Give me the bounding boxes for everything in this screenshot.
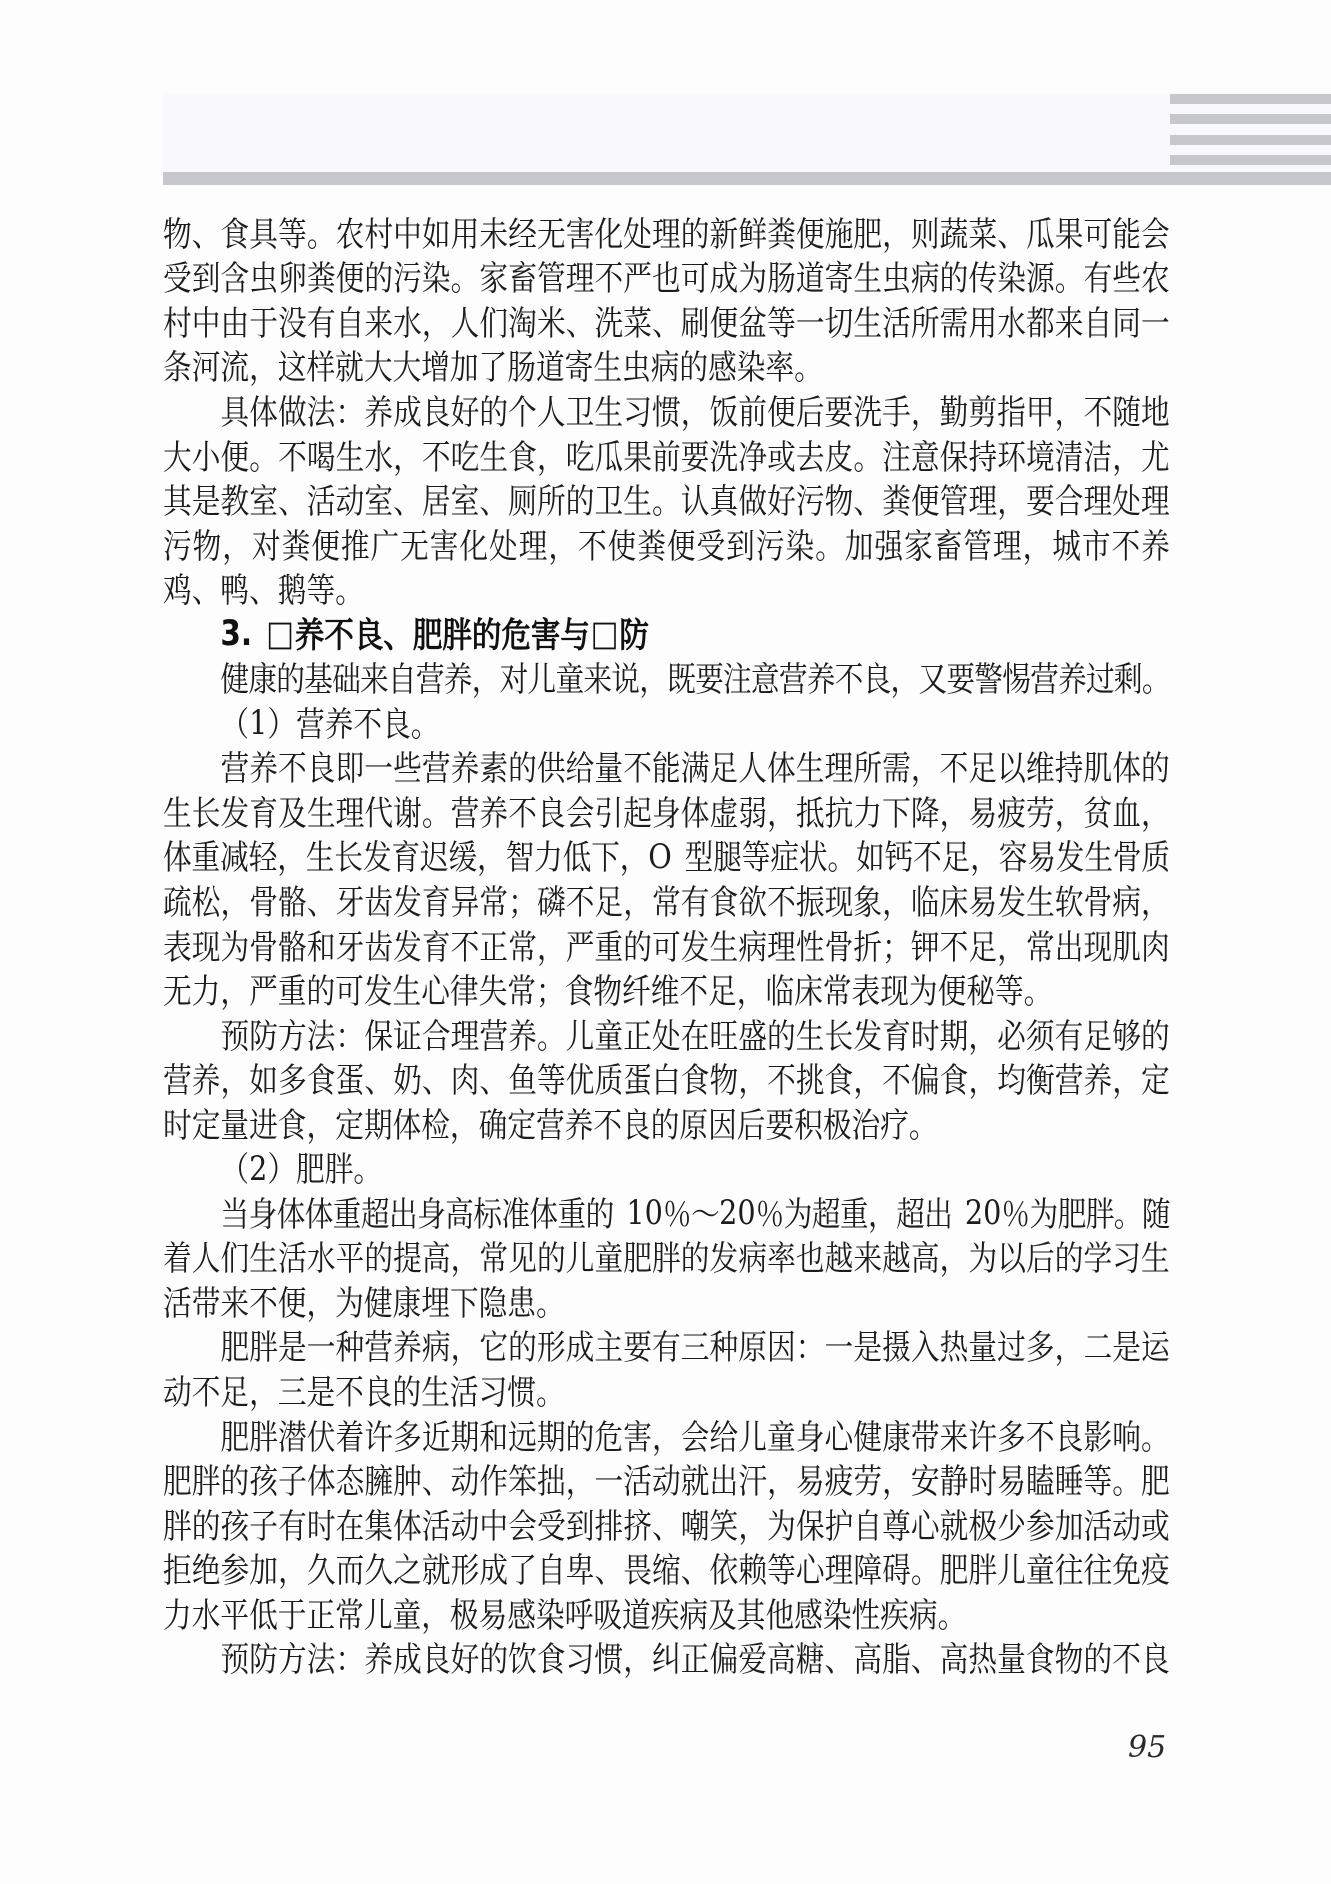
glyph: 良 (307, 743, 336, 791)
glyph: ， (221, 876, 250, 924)
glyph: 要 (695, 654, 723, 702)
glyph: 可 (681, 253, 710, 301)
glyph: ， (882, 876, 911, 924)
glyph: 水 (393, 297, 422, 345)
glyph: 危 (594, 1411, 623, 1459)
glyph: 理 (1084, 475, 1113, 523)
glyph: 物 (710, 1054, 739, 1102)
glyph: 广 (370, 520, 399, 568)
text-line: 具体做法：养成良好的个人卫生习惯，饭前便后要洗手，勤剪指甲，不随地 (163, 388, 1170, 433)
glyph: ， (450, 1099, 479, 1147)
glyph: 良 (1141, 1634, 1170, 1682)
glyph: 注 (882, 431, 911, 479)
glyph: 参 (1026, 1500, 1055, 1548)
glyph: 勤 (940, 386, 969, 434)
glyph: 身 (652, 787, 681, 835)
glyph: 不 (623, 743, 652, 791)
glyph: 为 (968, 1233, 997, 1281)
glyph: 来 (1055, 297, 1084, 345)
glyph: 。 (536, 1277, 565, 1325)
glyph: 的 (566, 475, 595, 523)
glyph: 习 (479, 1366, 508, 1414)
glyph: 。 (307, 208, 336, 256)
header-band (163, 93, 1331, 172)
glyph: 伏 (307, 1411, 336, 1459)
glyph: 嘲 (681, 1500, 710, 1548)
glyph: 病 (909, 1589, 938, 1637)
glyph: 食 (221, 208, 250, 256)
glyph: 前 (738, 386, 767, 434)
glyph: 发 (364, 965, 393, 1013)
glyph: 等 (995, 965, 1024, 1013)
glyph: 积 (794, 1099, 823, 1147)
glyph: 些 (393, 743, 422, 791)
glyph: 理 (825, 743, 854, 791)
glyph: 异 (451, 876, 480, 924)
glyph: 二 (1083, 1322, 1112, 1370)
glyph: 营 (163, 1054, 192, 1102)
glyph: 方 (278, 1634, 307, 1682)
glyph: 心 (796, 1544, 825, 1592)
glyph: ， (1055, 386, 1084, 434)
glyph: ， (1141, 876, 1170, 924)
glyph: 防 (249, 1634, 278, 1682)
glyph: 则 (911, 208, 940, 256)
glyph: 不 (422, 431, 451, 479)
glyph: 童 (555, 654, 583, 702)
glyph: 染 (785, 520, 814, 568)
text-line: 预防方法：保证合理营养。儿童正处在旺盛的生长发育时期，必须有足够的 (163, 1012, 1170, 1057)
glyph: 赖 (738, 1544, 767, 1592)
glyph: 尊 (882, 1500, 911, 1548)
glyph: 儿 (566, 1010, 595, 1058)
glyph: 生 (853, 297, 882, 345)
glyph: 量 (220, 1099, 249, 1147)
glyph: ） (267, 1144, 296, 1192)
glyph: 、 (479, 1054, 508, 1102)
glyph: 骼 (278, 921, 307, 969)
glyph: 真 (710, 475, 739, 523)
glyph: 绝 (192, 1544, 221, 1592)
glyph: 的 (472, 608, 502, 658)
glyph: 不 (679, 965, 708, 1013)
glyph: 、 (479, 475, 508, 523)
text-line: 拒绝参加，久而久之就形成了自卑、畏缩、依赖等心理障碍。肥胖儿童往往免疫 (163, 1546, 1170, 1591)
glyph: 养 (325, 698, 354, 746)
glyph: 活 (163, 1277, 192, 1325)
glyph: ， (222, 520, 251, 568)
glyph: 习 (566, 1634, 595, 1682)
glyph: 骨 (825, 921, 854, 969)
glyph: 发 (363, 832, 392, 880)
glyph: 水 (307, 1233, 336, 1281)
glyph: 一 (796, 297, 825, 345)
glyph: 具 (249, 208, 278, 256)
glyph: 小 (192, 431, 221, 479)
glyph: 的 (508, 1322, 537, 1370)
glyph: 表 (852, 965, 881, 1013)
glyph: 引 (594, 787, 623, 835)
glyph: 良 (354, 608, 384, 658)
glyph: 力 (534, 832, 563, 880)
glyph: 菜 (623, 297, 652, 345)
glyph: 。 (451, 253, 480, 301)
glyph: 发 (393, 921, 422, 969)
glyph: 、 (997, 208, 1026, 256)
glyph: 、 (853, 475, 882, 523)
glyph: 室 (249, 475, 278, 523)
glyph: 指 (997, 386, 1026, 434)
glyph: 性 (852, 1589, 881, 1637)
glyph: 型 (685, 832, 714, 880)
glyph: 染 (997, 253, 1026, 301)
glyph: 食 (508, 431, 537, 479)
glyph: 长 (334, 832, 363, 880)
glyph: 。 (536, 1366, 565, 1414)
glyph: 养 (192, 1054, 221, 1102)
glyph: 定 (192, 1099, 221, 1147)
glyph: 。 (537, 1010, 566, 1058)
glyph: 村 (163, 297, 192, 345)
glyph: 新 (710, 208, 739, 256)
glyph: 受 (697, 520, 726, 568)
glyph: 便 (667, 520, 696, 568)
glyph: 食 (537, 1634, 566, 1682)
glyph: 往 (1084, 1544, 1113, 1592)
glyph: 以 (997, 1233, 1026, 1281)
glyph: 清 (1055, 431, 1084, 479)
text-line: 疏松，骨骼、牙齿发育异常；磷不足，常有食欲不振现象，临床易发生软骨病， (163, 878, 1170, 923)
glyph: 食 (940, 1054, 969, 1102)
glyph: 管 (537, 253, 566, 301)
glyph: 施 (825, 208, 854, 256)
glyph: 的 (221, 1455, 250, 1503)
glyph: ， (1055, 1322, 1084, 1370)
glyph: ， (737, 965, 766, 1013)
glyph: 钙 (885, 832, 914, 880)
glyph: 骨 (249, 921, 278, 969)
text-line: 着人们生活水平的提高，常见的儿童肥胖的发病率也越来越高，为以后的学习生 (163, 1235, 1170, 1280)
glyph: 河 (192, 342, 221, 390)
glyph: 生 (594, 386, 623, 434)
glyph: 些 (1112, 253, 1141, 301)
glyph: 是 (278, 1322, 307, 1370)
glyph: 卑 (566, 1544, 595, 1592)
text-line: 体重减轻，生长发育迟缓，智力低下，O 型腿等症状。如钙不足，容易发生骨质 (163, 834, 1170, 879)
glyph: 率 (767, 1233, 796, 1281)
glyph: 化 (594, 208, 623, 256)
glyph: 平 (220, 1589, 249, 1637)
glyph: 、 (422, 1455, 451, 1503)
glyph: 营 (479, 1010, 508, 1058)
glyph: 条 (163, 342, 192, 390)
glyph: 不 (566, 876, 595, 924)
glyph: 发 (393, 876, 422, 924)
glyph: 喝 (307, 431, 336, 479)
glyph: 发 (1056, 832, 1085, 880)
glyph (952, 1192, 965, 1232)
glyph: 原 (679, 1099, 708, 1147)
glyph: 养 (364, 386, 393, 434)
glyph: 自 (853, 1500, 882, 1548)
glyph: 三 (681, 1322, 710, 1370)
glyph: ， (278, 1544, 307, 1592)
glyph: 抗 (825, 787, 854, 835)
glyph: 的 (1141, 1010, 1170, 1058)
glyph: 污 (796, 475, 825, 523)
header-stripe (1170, 155, 1331, 165)
glyph: 的 (767, 1010, 796, 1058)
glyph: 良 (382, 698, 411, 746)
glyph: 睡 (1055, 1455, 1084, 1503)
glyph: 降 (911, 787, 940, 835)
glyph: 活 (1084, 1500, 1113, 1548)
glyph: 常 (479, 1233, 508, 1281)
section-heading: 3. □养不良、肥胖的危害与□防 (163, 611, 1170, 656)
glyph: 。 (1055, 253, 1084, 301)
glyph: 心 (825, 1411, 854, 1459)
glyph: 病 (679, 1589, 708, 1637)
glyph: 满 (681, 743, 710, 791)
glyph: 意 (751, 654, 779, 702)
glyph: 肉 (1141, 921, 1170, 969)
glyph: 粪 (307, 253, 336, 301)
glyph: 如 (856, 832, 885, 880)
glyph: ， (277, 832, 306, 880)
glyph: 物 (825, 475, 854, 523)
glyph: 力 (163, 1589, 192, 1637)
glyph: 农 (336, 208, 365, 256)
glyph: 虚 (710, 787, 739, 835)
glyph: 常 (335, 1589, 364, 1637)
text-line: 受到含虫卵粪便的污染。家畜管理不严也可成为肠道寄生虫病的传染源。有些农 (163, 255, 1170, 300)
glyph: 惯 (594, 1634, 623, 1682)
glyph: 量 (968, 1322, 997, 1370)
glyph: 常 (507, 965, 536, 1013)
glyph: 护 (825, 1500, 854, 1548)
glyph: 下 (450, 1277, 479, 1325)
glyph: 胖 (192, 1455, 221, 1503)
glyph: 食 (710, 876, 739, 924)
glyph: 无 (400, 520, 429, 568)
glyph: 三 (278, 1366, 307, 1414)
glyph: 供 (537, 743, 566, 791)
glyph: 形 (537, 1322, 566, 1370)
glyph: 会 (508, 1500, 537, 1548)
glyph: 污 (163, 520, 192, 568)
glyph: 重 (840, 1188, 868, 1236)
glyph: 后 (796, 386, 825, 434)
glyph: 的 (192, 1500, 221, 1548)
glyph: 染 (737, 342, 766, 390)
glyph: 食 (565, 965, 594, 1013)
glyph: 足 (968, 921, 997, 969)
glyph: 。 (422, 787, 451, 835)
glyph: ， (623, 1634, 652, 1682)
glyph: ， (451, 1233, 480, 1281)
glyph: 2 (249, 1148, 267, 1188)
glyph: 。 (1112, 1455, 1141, 1503)
glyph: 害 (430, 520, 459, 568)
glyph: 一 (307, 1322, 336, 1370)
glyph: 齿 (364, 876, 393, 924)
glyph: 法 (307, 1010, 336, 1058)
glyph: 极 (968, 1500, 997, 1548)
glyph: 到 (726, 520, 755, 568)
glyph: 不 (594, 253, 623, 301)
glyph: 他 (765, 1589, 794, 1637)
glyph: 理 (993, 520, 1022, 568)
glyph: 、 (192, 208, 221, 256)
glyph: 为 (221, 921, 250, 969)
glyph: 物 (193, 520, 222, 568)
glyph: 子 (278, 1455, 307, 1503)
glyph: 磷 (537, 876, 566, 924)
glyph: 防 (249, 1010, 278, 1058)
glyph: 不 (278, 431, 307, 479)
glyph: 理 (652, 208, 681, 256)
glyph: 的 (364, 253, 393, 301)
glyph: 加 (845, 520, 874, 568)
glyph: 拒 (163, 1544, 192, 1592)
glyph: 不 (940, 921, 969, 969)
glyph: 会 (566, 787, 595, 835)
glyph: 正 (479, 921, 508, 969)
glyph: 轻 (249, 832, 278, 880)
glyph: 时 (968, 1455, 997, 1503)
glyph: 重 (278, 965, 307, 1013)
glyph: 响 (1112, 1411, 1141, 1459)
glyph: 0 (983, 1192, 1001, 1232)
glyph: 挑 (796, 1054, 825, 1102)
glyph: 体 (393, 1099, 422, 1147)
glyph: 良 (863, 654, 891, 702)
glyph: 便 (911, 475, 940, 523)
glyph (614, 1192, 627, 1232)
glyph: 软 (1055, 876, 1084, 924)
header-stripe (1170, 114, 1331, 124)
glyph: 室 (364, 475, 393, 523)
glyph: 热 (968, 1634, 997, 1682)
glyph: 、 (364, 1054, 393, 1102)
text-line: 其是教室、活动室、居室、厕所的卫生。认真做好污物、粪便管理，要合理处理 (163, 477, 1170, 522)
glyph: 食 (825, 1054, 854, 1102)
text-line: 营养不良即一些营养素的供给量不能满足人体生理所需，不足以维持肌体的 (163, 745, 1170, 790)
glyph: 体 (305, 1188, 333, 1236)
glyph: 良 (537, 787, 566, 835)
glyph: 感 (507, 1589, 536, 1637)
glyph: 来 (220, 1277, 249, 1325)
glyph: 不 (508, 787, 537, 835)
glyph: 无 (537, 208, 566, 256)
glyph: 人 (192, 1233, 221, 1281)
glyph: 同 (1112, 297, 1141, 345)
glyph: 健 (220, 654, 248, 702)
glyph: 疫 (1141, 1544, 1170, 1592)
glyph: 高 (767, 1634, 796, 1682)
glyph: 人 (738, 743, 767, 791)
glyph: ， (997, 921, 1026, 969)
text-line: 力水平低于正常儿童，极易感染呼吸道疾病及其他感染性疾病。 (163, 1591, 1170, 1636)
glyph: 病 (422, 1322, 451, 1370)
glyph: 的 (586, 1188, 614, 1236)
glyph: 动 (1112, 1500, 1141, 1548)
glyph: 骨 (1113, 832, 1142, 880)
glyph: 超 (896, 1188, 924, 1236)
glyph: ， (652, 1411, 681, 1459)
glyph: 极 (450, 1589, 479, 1637)
glyph: 出 (710, 1455, 739, 1503)
glyph: 心 (421, 965, 450, 1013)
glyph: 活 (278, 1233, 307, 1281)
glyph: 洁 (1084, 431, 1113, 479)
glyph: 即 (336, 743, 365, 791)
text-line: 胖的孩子有时在集体活动中会受到排挤、嘲笑，为保护自尊心就极少参加活动或 (163, 1502, 1170, 1547)
glyph: 过 (997, 1322, 1026, 1370)
glyph: 安 (911, 1455, 940, 1503)
glyph: 意 (911, 431, 940, 479)
glyph: □ (265, 613, 295, 653)
glyph: 育 (882, 1010, 911, 1058)
glyph: 儿 (364, 1589, 393, 1637)
glyph: 食 (1026, 1634, 1055, 1682)
glyph: 前 (652, 431, 681, 479)
glyph: 障 (853, 1544, 882, 1592)
glyph: 许 (968, 1411, 997, 1459)
glyph: 预 (220, 1634, 249, 1682)
glyph: 营 (416, 654, 444, 702)
glyph: 。 (249, 431, 278, 479)
glyph: 谢 (393, 787, 422, 835)
glyph: 鸭 (220, 564, 249, 612)
glyph: 养 (1141, 520, 1170, 568)
glyph: 给 (566, 743, 595, 791)
glyph: 正 (681, 1634, 710, 1682)
glyph: 贫 (1084, 787, 1113, 835)
glyph: ， (306, 1277, 335, 1325)
glyph: 肥 (296, 1144, 325, 1192)
glyph: 不 (1026, 1411, 1055, 1459)
glyph: 呼 (565, 1589, 594, 1637)
glyph: 有 (681, 876, 710, 924)
glyph: 定 (335, 1099, 364, 1147)
glyph: 来 (940, 1411, 969, 1459)
glyph: 0 (737, 1192, 755, 1232)
glyph: 如 (249, 1054, 278, 1102)
glyph: 容 (999, 832, 1028, 880)
glyph: 为 (909, 965, 938, 1013)
glyph: ％ (1001, 1188, 1029, 1236)
glyph: 不 (882, 1054, 911, 1102)
glyph: 重 (558, 1188, 586, 1236)
glyph: 刷 (681, 297, 710, 345)
glyph: 警 (974, 654, 1002, 702)
glyph: 肠 (507, 342, 536, 390)
glyph: 肿 (393, 1455, 422, 1503)
glyph: 随 (1112, 386, 1141, 434)
glyph: 污 (393, 253, 422, 301)
glyph: 方 (278, 1010, 307, 1058)
glyph: 牙 (336, 921, 365, 969)
glyph: 法 (307, 1634, 336, 1682)
glyph: 害 (623, 1411, 652, 1459)
glyph: 形 (451, 1544, 480, 1592)
glyph: 认 (681, 475, 710, 523)
glyph: 吸 (593, 1589, 622, 1637)
glyph: 、 (566, 297, 595, 345)
glyph: 与 (560, 608, 590, 658)
glyph: 鱼 (508, 1054, 537, 1102)
